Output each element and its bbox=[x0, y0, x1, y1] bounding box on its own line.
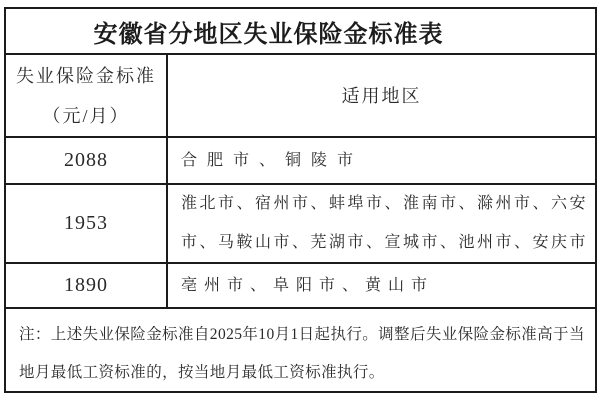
table-row: 2088 合肥市、铜陵市 bbox=[6, 136, 595, 182]
unemployment-benefit-standards-table: 安徽省分地区失业保险金标准表 失业保险金标准 （元/月） 适用地区 2088 合… bbox=[4, 7, 597, 393]
standard-value: 1890 bbox=[64, 274, 108, 297]
header-regions-label: 适用地区 bbox=[342, 76, 422, 116]
page-title-text: 安徽省分地区失业保险金标准表 bbox=[94, 14, 444, 49]
standard-cell: 2088 bbox=[6, 138, 168, 182]
header-cell-standard: 失业保险金标准 （元/月） bbox=[6, 55, 168, 136]
standard-cell: 1890 bbox=[6, 264, 168, 307]
standard-value: 2088 bbox=[64, 149, 108, 172]
standard-cell: 1953 bbox=[6, 185, 168, 262]
regions-cell: 亳州市、阜阳市、黄山市 bbox=[168, 264, 595, 307]
standard-value: 1953 bbox=[64, 212, 108, 235]
regions-cell: 淮北市、宿州市、蚌埠市、淮南市、滁州市、六安 市、马鞍山市、芜湖市、宣城市、池州… bbox=[168, 185, 595, 262]
header-cell-regions: 适用地区 bbox=[168, 55, 595, 136]
header-standard-label: 失业保险金标准 （元/月） bbox=[16, 56, 156, 136]
table-row: 1890 亳州市、阜阳市、黄山市 bbox=[6, 262, 595, 307]
table-row: 1953 淮北市、宿州市、蚌埠市、淮南市、滁州市、六安 市、马鞍山市、芜湖市、宣… bbox=[6, 183, 595, 262]
footnote: 注：上述失业保险金标准自2025年10月1日起执行。调整后失业保险金标准高于当 … bbox=[6, 307, 595, 391]
footnote-line: 注：上述失业保险金标准自2025年10月1日起执行。调整后失业保险金标准高于当 bbox=[19, 316, 589, 354]
footnote-line: 地月最低工资标准的，按当地月最低工资标准执行。 bbox=[19, 354, 589, 391]
regions-value: 合肥市、铜陵市 bbox=[181, 141, 363, 180]
page-title: 安徽省分地区失业保险金标准表 bbox=[6, 9, 595, 53]
regions-value: 淮北市、宿州市、蚌埠市、淮南市、滁州市、六安 市、马鞍山市、芜湖市、宣城市、池州… bbox=[181, 185, 588, 262]
regions-value: 亳州市、阜阳市、黄山市 bbox=[181, 266, 434, 305]
regions-cell: 合肥市、铜陵市 bbox=[168, 138, 595, 182]
table-header-row: 失业保险金标准 （元/月） 适用地区 bbox=[6, 53, 595, 136]
